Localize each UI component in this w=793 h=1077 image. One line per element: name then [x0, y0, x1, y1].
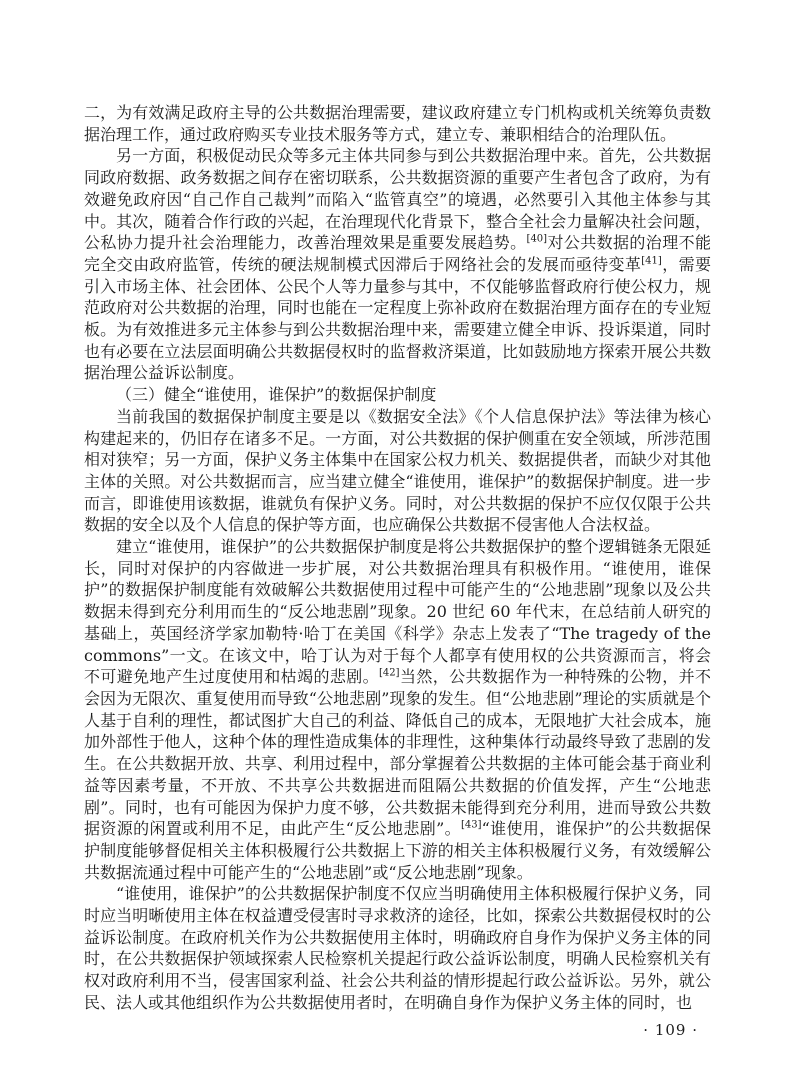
document-page: 二，为有效满足政府主导的公共数据治理需要，建议政府建立专门机构或机关统筹负责数据… — [0, 0, 793, 1077]
citation-ref: [42] — [379, 668, 400, 679]
citation-ref: [41] — [641, 256, 662, 267]
page-number: · 109 · — [643, 1019, 698, 1041]
text-run: “谁使用，谁保护”的公共数据保护制度不仅应当明确使用主体积极履行保护义务，同时应… — [84, 884, 711, 1012]
text-run: 当然，公共数据作为一种特殊的公物，并不会因为无限次、重复使用而导致“公地悲剧”现… — [84, 667, 711, 838]
text-run: ，需要引入市场主体、社会团体、公民个人等力量参与其中，不仅能够监督政府行使公权力… — [84, 255, 711, 383]
paragraph: “谁使用，谁保护”的公共数据保护制度不仅应当明确使用主体积极履行保护义务，同时应… — [84, 883, 711, 1013]
paragraph: 建立“谁使用，谁保护”的公共数据保护制度是将公共数据保护的整个逻辑链条无限延长，… — [84, 536, 711, 883]
paragraph: 当前我国的数据保护制度主要是以《数据安全法》《个人信息保护法》等法律为核心构建起… — [84, 406, 711, 536]
document-body: 二，为有效满足政府主导的公共数据治理需要，建议政府建立专门机构或机关统筹负责数据… — [84, 102, 711, 1014]
text-run: 当前我国的数据保护制度主要是以《数据安全法》《个人信息保护法》等法律为核心构建起… — [84, 407, 711, 535]
text-run: 建立“谁使用，谁保护”的公共数据保护制度是将公共数据保护的整个逻辑链条无限延长，… — [84, 537, 711, 686]
section-heading: （三）健全“谁使用，谁保护”的数据保护制度 — [84, 384, 711, 406]
paragraph: 二，为有效满足政府主导的公共数据治理需要，建议政府建立专门机构或机关统筹负责数据… — [84, 102, 711, 145]
paragraph: 另一方面，积极促动民众等多元主体共同参与到公共数据治理中来。首先，公共数据同政府… — [84, 145, 711, 384]
text-run: 二，为有效满足政府主导的公共数据治理需要，建议政府建立专门机构或机关统筹负责数据… — [84, 103, 711, 144]
citation-ref: [43] — [461, 820, 482, 831]
citation-ref: [40] — [527, 234, 548, 245]
text-run: （三）健全“谁使用，谁保护”的数据保护制度 — [116, 385, 436, 404]
